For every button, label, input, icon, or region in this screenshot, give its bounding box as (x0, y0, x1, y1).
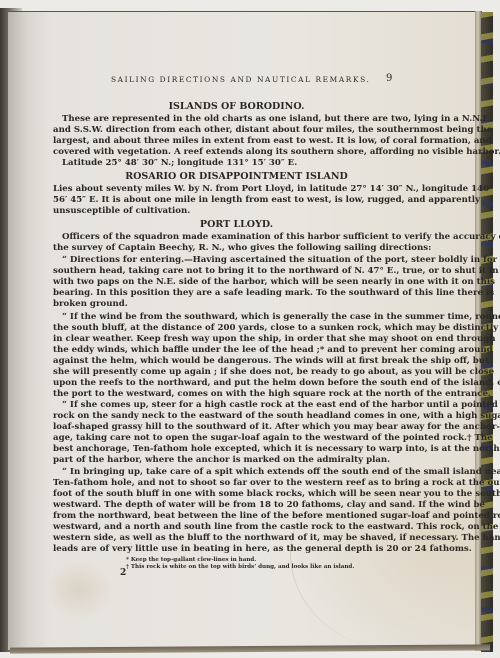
text-line: Lies about seventy miles W. by N. from P… (53, 184, 420, 195)
text-line: in clear weather. Keep fresh way upon th… (53, 334, 420, 345)
section-heading-borodino: ISLANDS OF BORODINO. (53, 101, 420, 113)
text-line: from the northward, beat between the lin… (53, 511, 420, 522)
section-heading-port-lloyd: PORT LLOYD. (53, 219, 420, 231)
text-line: best anchorage, Ten-fathom hole excepted… (53, 444, 420, 455)
text-line: broken ground. (53, 299, 420, 310)
text-line: westward, and a north and south line fro… (53, 522, 420, 533)
signature-mark: 2 (120, 568, 126, 578)
text-line: westward. The depth of water will be fro… (53, 500, 420, 511)
text-line: rock on the sandy neck to the eastward o… (53, 411, 420, 422)
foxing-stain (44, 560, 114, 620)
text-line: largest, and about three miles in extent… (53, 136, 420, 147)
section-heading-rosario: ROSARIO OR DISAPPOINTMENT ISLAND (53, 171, 420, 183)
text-line: part of the harbor, where the anchor is … (53, 455, 420, 466)
text-line: loaf-shaped grassy hill to the southward… (53, 422, 420, 433)
text-line: foot of the south bluff in one with some… (53, 489, 420, 500)
text-line: 56′ 45″ E. It is about one mile in lengt… (53, 195, 420, 206)
text-line: bearing. In this position they are a saf… (53, 288, 420, 299)
running-head: SAILING DIRECTIONS AND NAUTICAL REMARKS. (111, 75, 381, 84)
text-line: “ If the wind be from the southward, whi… (62, 312, 420, 323)
text-line: leads are of very little use in beating … (53, 544, 420, 555)
text-line: covered with vegetation. A reef extends … (53, 147, 420, 158)
text-line: the eddy winds, which baffle under the l… (53, 345, 420, 356)
text-line: the survey of Captain Beechy, R. N., who… (53, 243, 420, 254)
footnote: * Keep the top-gallant clew-lines in han… (126, 557, 256, 564)
footnote: † This rock is white on the top with bir… (126, 564, 354, 571)
text-line: she will presently come up again ; if sh… (53, 367, 420, 378)
text-line: “ If she comes up, steer for a high cast… (62, 400, 420, 411)
text-line: and S.S.W. direction from each other, di… (53, 125, 420, 136)
text-line: “ Directions for entering.—Having ascert… (62, 255, 420, 266)
text-line: the port to the westward, comes on with … (53, 389, 420, 400)
text-line: upon the reefs to the northward, and put… (53, 378, 420, 389)
text-line: “ In bringing up, take care of a spit wh… (62, 467, 420, 478)
text-line: Ten-fathom hole, and not to shoot so far… (53, 478, 420, 489)
text-line: These are represented in the old charts … (62, 114, 420, 125)
text-line: Latitude 25° 48′ 30″ N.; longitude 131° … (62, 158, 420, 169)
text-line: unsusceptible of cultivation. (53, 206, 420, 217)
text-line: the south bluff, at the distance of 200 … (53, 323, 420, 334)
page-number: 9 (386, 73, 392, 84)
text-line: Officers of the squadron made examinatio… (62, 232, 420, 243)
text-line: age, taking care not to open the sugar-l… (53, 433, 420, 444)
text-line: with two paps on the N.E. side of the ha… (53, 277, 420, 288)
text-line: southern head, taking care not to bring … (53, 266, 420, 277)
text-line: western side, as well as the bluff to th… (53, 533, 420, 544)
text-line: against the helm, which would be dangero… (53, 356, 420, 367)
